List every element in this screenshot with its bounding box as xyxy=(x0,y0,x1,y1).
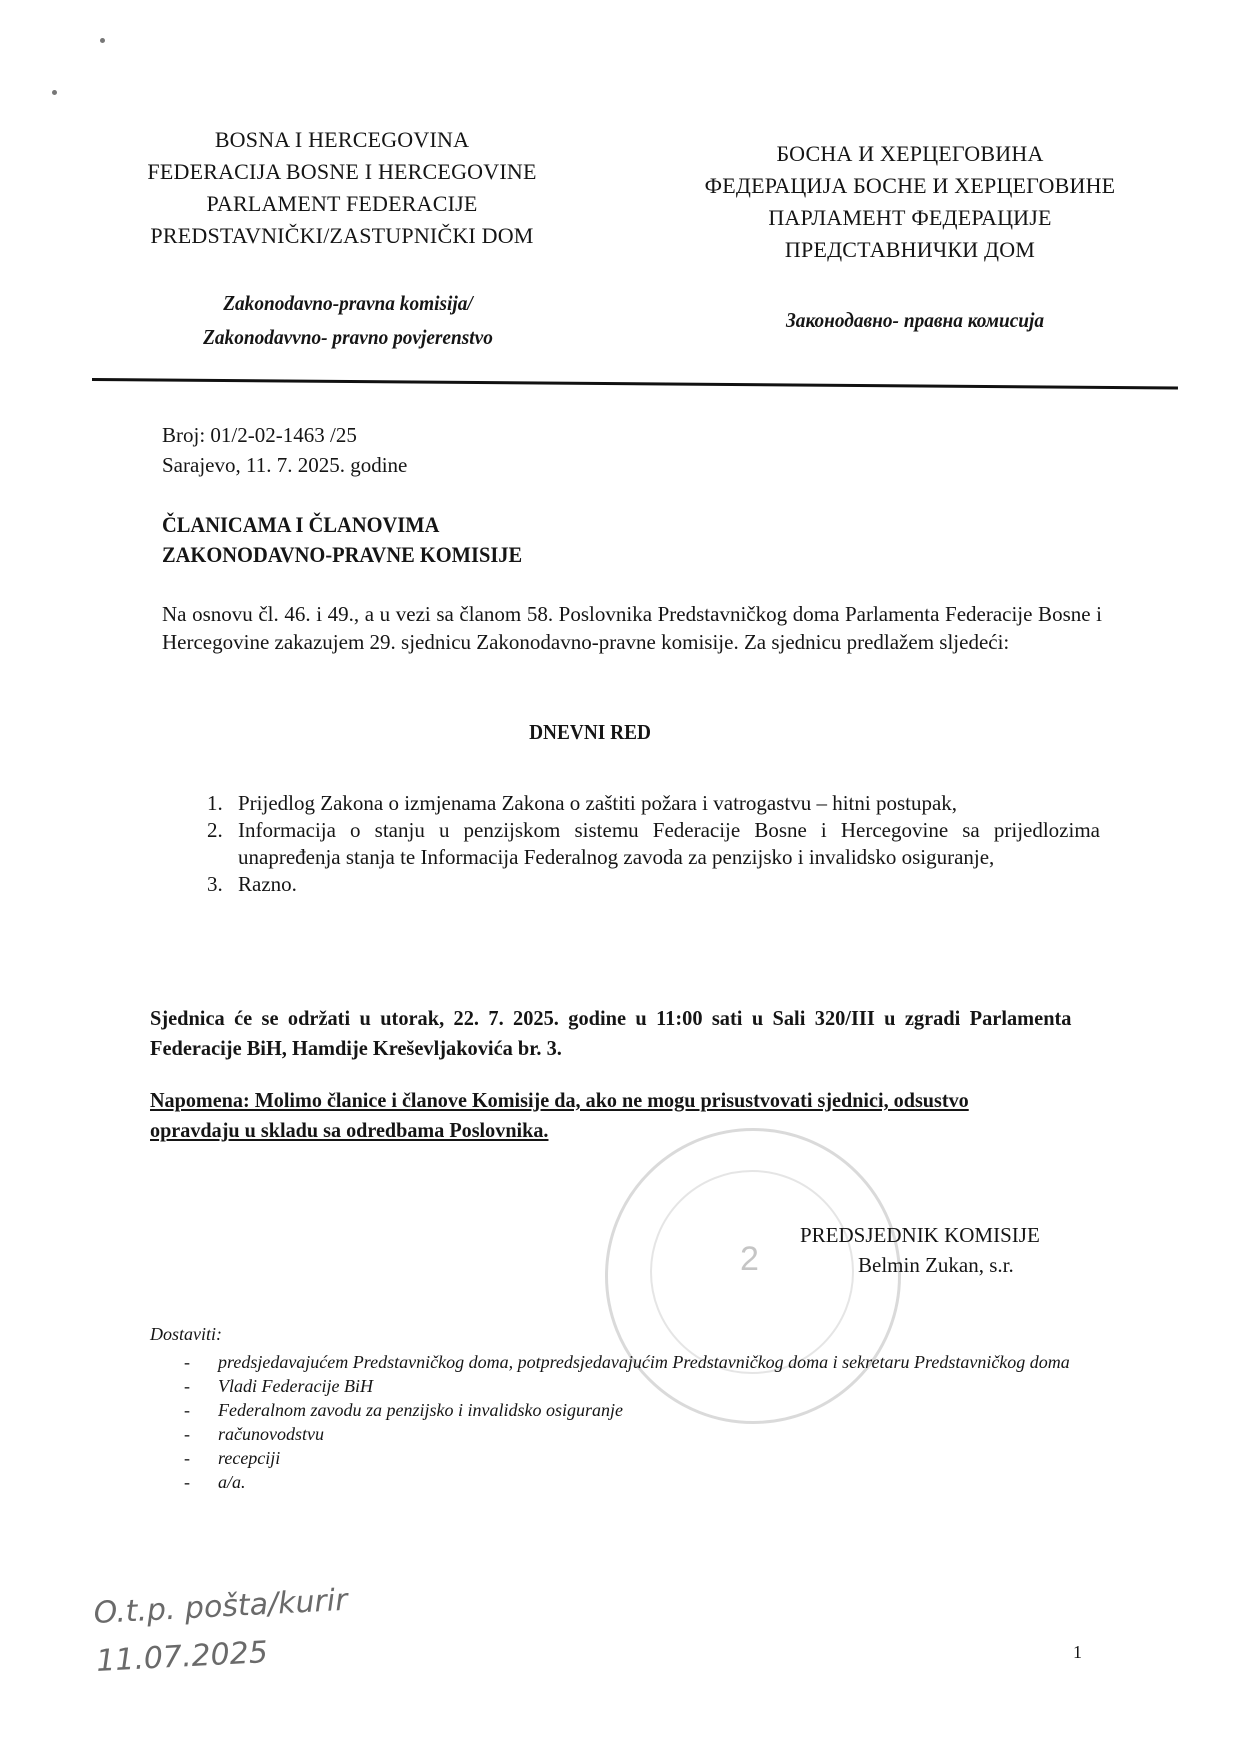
document-meta: Broj: 01/2-02-1463 /25 Sarajevo, 11. 7. … xyxy=(162,420,407,480)
scan-speck xyxy=(52,90,57,95)
agenda-list: Prijedlog Zakona o izmjenama Zakona o za… xyxy=(180,790,1100,898)
header-latin: BOSNA I HERCEGOVINA FEDERACIJA BOSNE I H… xyxy=(112,124,572,252)
delivery-label: Dostaviti: xyxy=(150,1322,1100,1346)
delivery-item: recepciji xyxy=(150,1446,1100,1470)
commission-name: Zakonodavno-pravna komisija/ xyxy=(136,286,559,320)
header-cyrillic: БОСНА И ХЕРЦЕГОВИНА ФЕДЕРАЦИЈА БОСНЕ И Х… xyxy=(660,138,1160,266)
addressee-line: ZAKONODAVNO-PRAVNE KOMISIJE xyxy=(162,540,522,570)
delivery-item: računovodstvu xyxy=(150,1422,1100,1446)
signature-title: PREDSJEDNIK KOMISIJE xyxy=(800,1220,1040,1250)
intro-paragraph: Na osnovu čl. 46. i 49., a u vezi sa čla… xyxy=(162,600,1102,656)
page-number: 1 xyxy=(1073,1642,1082,1663)
signature-name: Belmin Zukan, s.r. xyxy=(858,1250,1014,1280)
agenda-item: Razno. xyxy=(228,871,1100,898)
handwritten-annotation: O.t.p. pošta/kurir 11.07.2025 xyxy=(92,1577,351,1686)
delivery-item: a/a. xyxy=(150,1470,1100,1494)
delivery-item: predsjedavajućem Predstavničkog doma, po… xyxy=(150,1350,1100,1374)
scan-speck xyxy=(100,38,105,43)
header-house: PREDSTAVNIČKI/ZASTUPNIČKI DOM xyxy=(112,220,572,252)
agenda-item: Informacija o stanju u penzijskom sistem… xyxy=(228,817,1100,871)
header-house-cyr: ПРЕДСТАВНИЧКИ ДОМ xyxy=(660,234,1160,266)
header-federation-cyr: ФЕДЕРАЦИЈА БОСНЕ И ХЕРЦЕГОВИНЕ xyxy=(660,170,1160,202)
document-number: Broj: 01/2-02-1463 /25 xyxy=(162,420,407,450)
attendance-note: Napomena: Molimo članice i članove Komis… xyxy=(150,1085,1062,1145)
addressee-line: ČLANICAMA I ČLANOVIMA xyxy=(162,510,522,540)
stamp-number: 2 xyxy=(740,1240,759,1279)
addressee: ČLANICAMA I ČLANOVIMA ZAKONODAVNO-PRAVNE… xyxy=(162,510,522,570)
commission-latin: Zakonodavno-pravna komisija/ Zakonodavvn… xyxy=(136,286,559,354)
header-parliament: PARLAMENT FEDERACIJE xyxy=(112,188,572,220)
delivery-item: Federalnom zavodu za penzijsko i invalid… xyxy=(150,1398,1100,1422)
agenda-item: Prijedlog Zakona o izmjenama Zakona o za… xyxy=(228,790,1100,817)
header-parliament-cyr: ПАРЛАМЕНТ ФЕДЕРАЦИЈЕ xyxy=(660,202,1160,234)
delivery-list: Dostaviti: predsjedavajućem Predstavničk… xyxy=(150,1322,1100,1494)
agenda-title: DNEVNI RED xyxy=(194,720,985,745)
header-country-cyr: БОСНА И ХЕРЦЕГОВИНА xyxy=(660,138,1160,170)
commission-cyrillic: Законодавно- правна комисија xyxy=(717,303,1113,337)
header-divider xyxy=(92,378,1178,390)
header-country: BOSNA I HERCEGOVINA xyxy=(112,124,572,156)
commission-name-alt: Zakonodavvno- pravno povjerenstvo xyxy=(136,320,559,354)
delivery-item: Vladi Federacije BiH xyxy=(150,1374,1100,1398)
session-info: Sjednica će se održati u utorak, 22. 7. … xyxy=(150,1003,1072,1063)
header-federation: FEDERACIJA BOSNE I HERCEGOVINE xyxy=(112,156,572,188)
document-date: Sarajevo, 11. 7. 2025. godine xyxy=(162,450,407,480)
